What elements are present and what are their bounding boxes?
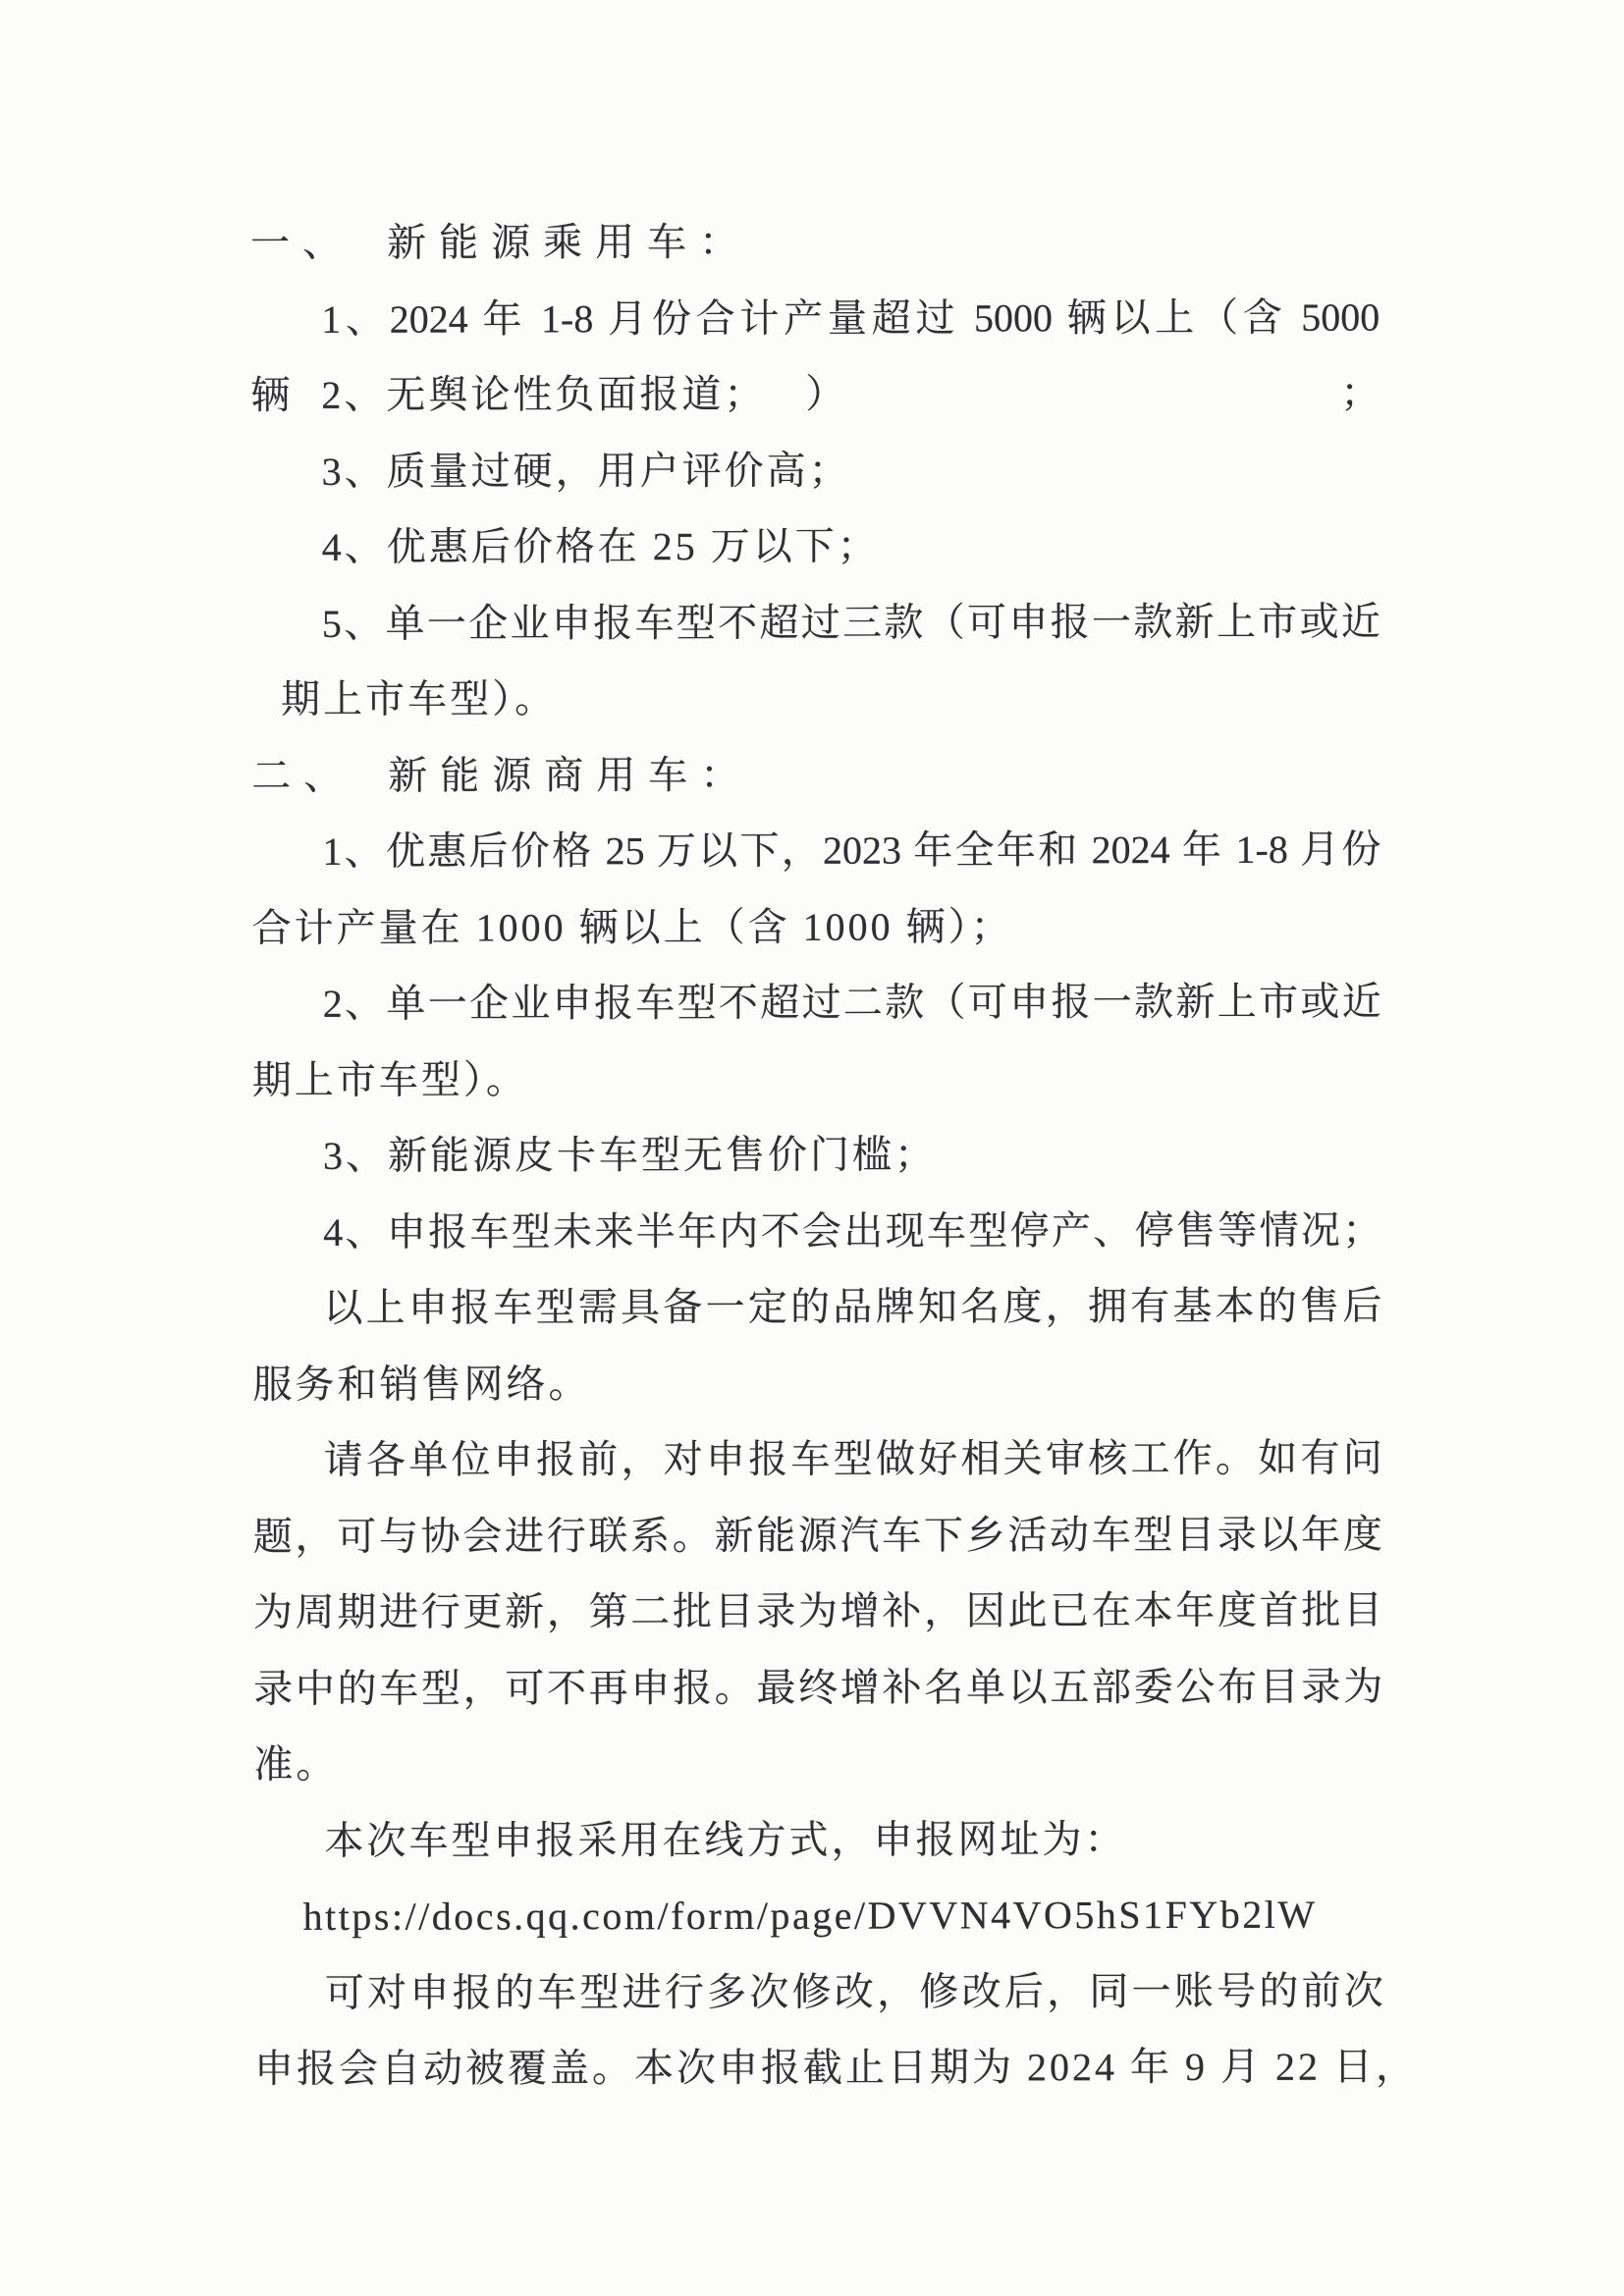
- text-line: 可对申报的车型进行多次修改，修改后，同一账号的前次: [254, 1952, 1383, 2031]
- text-line: 3、新能源皮卡车型无售价门槛；: [252, 1116, 1381, 1195]
- text-line: 为周期进行更新，第二批目录为增补，因此已在本年度首批目: [253, 1573, 1382, 1651]
- text-line: 3、质量过硬，用户评价高；: [250, 431, 1380, 509]
- text-line: 1、优惠后价格 25 万以下，2023 年全年和 2024 年 1-8 月份: [251, 812, 1380, 890]
- text-line: 1、2024 年 1-8 月份合计产量超过 5000 辆以上（含 5000 辆）…: [250, 279, 1380, 357]
- text-line: 请各单位申报前，对申报车型做好相关审核工作。如有问: [253, 1420, 1382, 1499]
- text-line: 服务和销售网络。: [252, 1344, 1381, 1422]
- text-line: 本次车型申报采用在线方式，申报网址为：: [253, 1800, 1382, 1879]
- text-line: 5、单一企业申报车型不超过三款（可申报一款新上市或近: [251, 583, 1380, 662]
- document-page: 一、 新能源乘用车： 1、2024 年 1-8 月份合计产量超过 5000 辆以…: [0, 0, 1624, 2296]
- text-line: 4、优惠后价格在 25 万以下；: [251, 507, 1380, 586]
- text-line: 题，可与协会进行联系。新能源汽车下乡活动车型目录以年度: [253, 1496, 1382, 1575]
- text-line: 准。: [253, 1725, 1382, 1803]
- text-line: 以上申报车型需具备一定的品牌知名度，拥有基本的售后: [252, 1268, 1381, 1347]
- text-line: 4、申报车型未来半年内不会出现车型停产、停售等情况；: [252, 1192, 1381, 1270]
- text-line: 录中的车型，可不再申报。最终增补名单以五部委公布目录为: [253, 1648, 1382, 1727]
- section-heading-commercial: 二、 新能源商用车：: [251, 735, 1380, 814]
- text-line: 合计产量在 1000 辆以上（含 1000 辆）；: [251, 887, 1380, 966]
- application-url: https://docs.qq.com/form/page/DVVN4VO5hS…: [254, 1877, 1383, 1955]
- text-line: 期上市车型）。: [252, 1040, 1381, 1118]
- text-line: 2、单一企业申报车型不超过二款（可申报一款新上市或近: [252, 964, 1381, 1042]
- document-body: 一、 新能源乘用车： 1、2024 年 1-8 月份合计产量超过 5000 辆以…: [250, 203, 1383, 2108]
- text-line: 期上市车型）。: [251, 660, 1380, 738]
- text-line: 申报会自动被覆盖。本次申报截止日期为 2024 年 9 月 22 日，: [254, 2029, 1383, 2108]
- section-heading-passenger: 一、 新能源乘用车：: [250, 203, 1380, 282]
